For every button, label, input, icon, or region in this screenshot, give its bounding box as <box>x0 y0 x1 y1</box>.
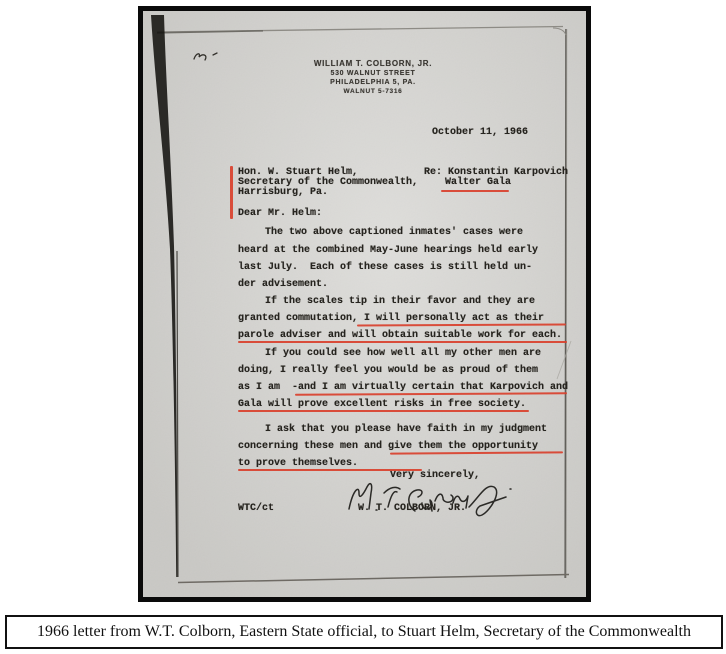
letterhead-city: PHILADELPHIA 5, PA. <box>233 79 513 86</box>
caption-text: 1966 letter from W.T. Colborn, Eastern S… <box>37 623 691 641</box>
signature-image <box>343 476 518 522</box>
body-line: parole adviser and will obtain suitable … <box>238 330 562 341</box>
body-line: If the scales tip in their favor and the… <box>265 296 535 307</box>
red-underline <box>238 341 567 343</box>
body-line: heard at the combined May-June hearings … <box>238 245 538 256</box>
date-line: October 11, 1966 <box>432 127 528 138</box>
photo-frame: WILLIAM T. COLBORN, JR. 530 WALNUT STREE… <box>138 6 591 602</box>
re-line: Walter Gala <box>445 177 511 188</box>
red-underline <box>238 469 422 471</box>
body-line: If you could see how well all my other m… <box>265 348 541 359</box>
red-margin-line <box>230 166 233 219</box>
body-line: der advisement. <box>238 279 328 290</box>
typist-initials: WTC/ct <box>238 503 274 514</box>
body-line: as I am -and I am virtually certain that… <box>238 382 568 393</box>
body-line: I ask that you please have faith in my j… <box>265 424 547 435</box>
salutation: Dear Mr. Helm: <box>238 208 322 219</box>
body-line: doing, I really feel you would be as pro… <box>238 365 538 376</box>
red-underline <box>238 410 529 412</box>
body-line: to prove themselves. <box>238 458 358 469</box>
letterhead-phone: WALNUT 5-7316 <box>233 88 513 95</box>
red-underline <box>441 190 509 192</box>
body-line: The two above captioned inmates' cases w… <box>265 227 523 238</box>
caption-box: 1966 letter from W.T. Colborn, Eastern S… <box>5 615 723 649</box>
letter-scan: WILLIAM T. COLBORN, JR. 530 WALNUT STREE… <box>143 11 586 597</box>
body-line: Gala will prove excellent risks in free … <box>238 399 526 410</box>
body-line: last July. Each of these cases is still … <box>238 262 532 273</box>
letterhead-street: 530 WALNUT STREET <box>233 70 513 77</box>
body-line: concerning these men and give them the o… <box>238 441 538 452</box>
recipient-line: Harrisburg, Pa. <box>238 187 328 198</box>
body-line: granted commutation, I will personally a… <box>238 313 544 324</box>
typed-name: W. T. COLBORN, JR. <box>358 503 466 514</box>
letterhead-name: WILLIAM T. COLBORN, JR. <box>233 59 513 68</box>
